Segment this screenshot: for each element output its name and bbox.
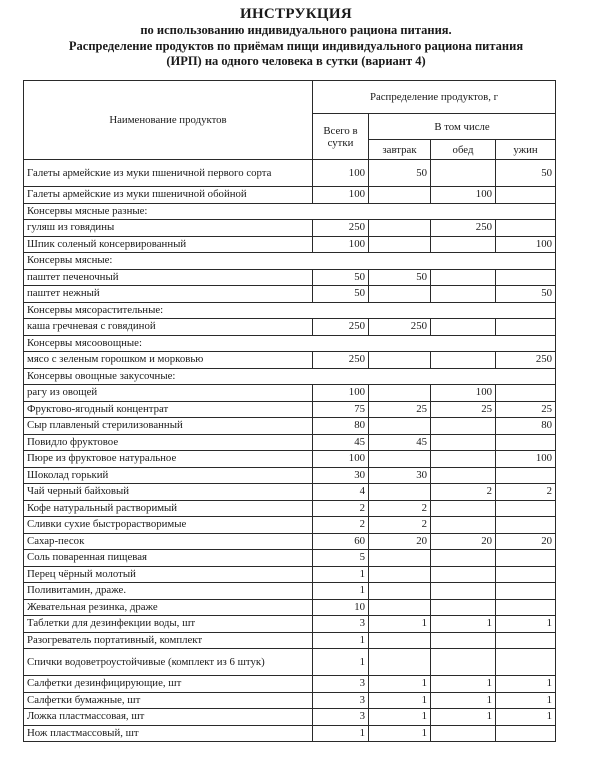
breakfast-cell — [369, 550, 431, 567]
lunch-cell: 20 — [431, 533, 496, 550]
breakfast-cell: 1 — [369, 616, 431, 633]
table-row: Соль поваренная пищевая5 — [24, 550, 556, 567]
lunch-cell — [431, 160, 496, 187]
lunch-cell — [431, 269, 496, 286]
product-name-cell: Перец чёрный молотый — [24, 566, 313, 583]
product-name-cell: Разогреватель портативный, комплект — [24, 632, 313, 649]
dinner-cell — [496, 550, 556, 567]
section-label: Консервы мясоовощные: — [24, 335, 556, 352]
breakfast-cell — [369, 599, 431, 616]
total-cell: 50 — [313, 286, 369, 303]
product-name-cell: Пюре из фруктовое натуральное — [24, 451, 313, 468]
table-row: мясо с зеленым горошком и морковью250250 — [24, 352, 556, 369]
product-name-cell: Сливки сухие быстрорастворимые — [24, 517, 313, 534]
breakfast-cell: 25 — [369, 401, 431, 418]
total-cell: 100 — [313, 385, 369, 402]
lunch-cell — [431, 725, 496, 742]
dinner-cell — [496, 220, 556, 237]
table-row: Галеты армейские из муки пшеничной обойн… — [24, 187, 556, 204]
dinner-cell: 50 — [496, 160, 556, 187]
document-subtitle-3: (ИРП) на одного человека в сутки (вариан… — [0, 54, 592, 70]
section-label: Консервы овощные закусочные: — [24, 368, 556, 385]
total-cell: 3 — [313, 616, 369, 633]
ration-distribution-table: Наименование продуктов Распределение про… — [23, 80, 556, 742]
product-name-cell: Жевательная резинка, драже — [24, 599, 313, 616]
lunch-cell: 1 — [431, 692, 496, 709]
total-cell: 3 — [313, 692, 369, 709]
product-name-cell: Салфетки дезинфицирующие, шт — [24, 676, 313, 693]
breakfast-cell — [369, 451, 431, 468]
product-name-cell: Поливитамин, драже. — [24, 583, 313, 600]
lunch-cell — [431, 451, 496, 468]
lunch-cell — [431, 599, 496, 616]
table-row: Шпик соленый консервированный100100 — [24, 236, 556, 253]
breakfast-cell: 1 — [369, 725, 431, 742]
table-row: Сливки сухие быстрорастворимые22 — [24, 517, 556, 534]
product-name-cell: мясо с зеленым горошком и морковью — [24, 352, 313, 369]
breakfast-cell — [369, 418, 431, 435]
product-name-cell: Нож пластмассовый, шт — [24, 725, 313, 742]
product-name-cell: Кофе натуральный растворимый — [24, 500, 313, 517]
table-section-row: Консервы овощные закусочные: — [24, 368, 556, 385]
breakfast-cell: 50 — [369, 160, 431, 187]
product-name-cell: Таблетки для дезинфекции воды, шт — [24, 616, 313, 633]
breakfast-cell — [369, 566, 431, 583]
breakfast-cell — [369, 286, 431, 303]
lunch-cell: 100 — [431, 385, 496, 402]
lunch-cell — [431, 352, 496, 369]
table-row: Кофе натуральный растворимый22 — [24, 500, 556, 517]
breakfast-cell: 20 — [369, 533, 431, 550]
total-cell: 1 — [313, 583, 369, 600]
total-cell: 100 — [313, 160, 369, 187]
total-cell: 250 — [313, 352, 369, 369]
product-name-cell: каша гречневая с говядиной — [24, 319, 313, 336]
breakfast-cell: 250 — [369, 319, 431, 336]
table-row: Повидло фруктовое4545 — [24, 434, 556, 451]
lunch-cell — [431, 517, 496, 534]
document-title: ИНСТРУКЦИЯ — [0, 6, 592, 23]
table-row: Перец чёрный молотый1 — [24, 566, 556, 583]
lunch-cell — [431, 319, 496, 336]
total-cell: 1 — [313, 566, 369, 583]
product-name-cell: Шоколад горький — [24, 467, 313, 484]
table-section-row: Консервы мясные разные: — [24, 203, 556, 220]
document-subtitle-1: по использованию индивидуального рациона… — [0, 23, 592, 39]
breakfast-cell — [369, 236, 431, 253]
header-breakfast: завтрак — [369, 140, 431, 160]
lunch-cell — [431, 418, 496, 435]
breakfast-cell: 30 — [369, 467, 431, 484]
breakfast-cell: 45 — [369, 434, 431, 451]
table-row: Шоколад горький3030 — [24, 467, 556, 484]
total-cell: 2 — [313, 500, 369, 517]
breakfast-cell — [369, 352, 431, 369]
total-cell: 30 — [313, 467, 369, 484]
product-name-cell: Шпик соленый консервированный — [24, 236, 313, 253]
header-product-name: Наименование продуктов — [24, 81, 313, 160]
table-row: паштет печеночный5050 — [24, 269, 556, 286]
table-row: Таблетки для дезинфекции воды, шт3111 — [24, 616, 556, 633]
dinner-cell — [496, 517, 556, 534]
lunch-cell — [431, 236, 496, 253]
section-label: Консервы мясные: — [24, 253, 556, 270]
table-row: Сыр плавленый стерилизованный8080 — [24, 418, 556, 435]
section-label: Консервы мясные разные: — [24, 203, 556, 220]
product-name-cell: гуляш из говядины — [24, 220, 313, 237]
total-cell: 100 — [313, 187, 369, 204]
total-cell: 50 — [313, 269, 369, 286]
table-row: Сахар-песок60202020 — [24, 533, 556, 550]
lunch-cell — [431, 467, 496, 484]
lunch-cell — [431, 566, 496, 583]
table-row: Пюре из фруктовое натуральное100100 — [24, 451, 556, 468]
total-cell: 4 — [313, 484, 369, 501]
total-cell: 2 — [313, 517, 369, 534]
dinner-cell: 1 — [496, 616, 556, 633]
breakfast-cell: 1 — [369, 676, 431, 693]
dinner-cell — [496, 500, 556, 517]
breakfast-cell — [369, 220, 431, 237]
dinner-cell — [496, 187, 556, 204]
breakfast-cell — [369, 187, 431, 204]
breakfast-cell — [369, 583, 431, 600]
dinner-cell: 2 — [496, 484, 556, 501]
header-lunch: обед — [431, 140, 496, 160]
product-name-cell: паштет нежный — [24, 286, 313, 303]
total-cell: 3 — [313, 709, 369, 726]
dinner-cell: 1 — [496, 709, 556, 726]
product-name-cell: Ложка пластмассовая, шт — [24, 709, 313, 726]
breakfast-cell — [369, 385, 431, 402]
table-row: Галеты армейские из муки пшеничной перво… — [24, 160, 556, 187]
dinner-cell: 50 — [496, 286, 556, 303]
table-row: Салфетки бумажные, шт3111 — [24, 692, 556, 709]
breakfast-cell — [369, 632, 431, 649]
table-row: Спички водоветроустойчивые (комплект из … — [24, 649, 556, 676]
product-name-cell: Фруктово-ягодный концентрат — [24, 401, 313, 418]
dinner-cell — [496, 467, 556, 484]
table-row: Разогреватель портативный, комплект1 — [24, 632, 556, 649]
dinner-cell — [496, 566, 556, 583]
total-cell: 75 — [313, 401, 369, 418]
total-cell: 100 — [313, 451, 369, 468]
product-name-cell: Галеты армейские из муки пшеничной перво… — [24, 160, 313, 187]
lunch-cell: 1 — [431, 616, 496, 633]
document-header: ИНСТРУКЦИЯ по использованию индивидуальн… — [0, 6, 592, 70]
table-row: Ложка пластмассовая, шт3111 — [24, 709, 556, 726]
product-name-cell: Сыр плавленый стерилизованный — [24, 418, 313, 435]
lunch-cell: 1 — [431, 676, 496, 693]
product-name-cell: Соль поваренная пищевая — [24, 550, 313, 567]
table-section-row: Консервы мясные: — [24, 253, 556, 270]
lunch-cell — [431, 632, 496, 649]
total-cell: 1 — [313, 649, 369, 676]
table-row: паштет нежный5050 — [24, 286, 556, 303]
dinner-cell: 100 — [496, 236, 556, 253]
total-cell: 250 — [313, 220, 369, 237]
table-body: Галеты армейские из муки пшеничной перво… — [24, 160, 556, 742]
total-cell: 10 — [313, 599, 369, 616]
total-cell: 3 — [313, 676, 369, 693]
lunch-cell: 100 — [431, 187, 496, 204]
lunch-cell — [431, 500, 496, 517]
breakfast-cell: 2 — [369, 500, 431, 517]
breakfast-cell — [369, 649, 431, 676]
table-row: гуляш из говядины250250 — [24, 220, 556, 237]
dinner-cell — [496, 269, 556, 286]
lunch-cell — [431, 286, 496, 303]
total-cell: 100 — [313, 236, 369, 253]
product-name-cell: паштет печеночный — [24, 269, 313, 286]
total-cell: 1 — [313, 632, 369, 649]
breakfast-cell: 1 — [369, 692, 431, 709]
total-cell: 5 — [313, 550, 369, 567]
header-dinner: ужин — [496, 140, 556, 160]
dinner-cell — [496, 725, 556, 742]
dinner-cell: 20 — [496, 533, 556, 550]
dinner-cell: 100 — [496, 451, 556, 468]
table-row: каша гречневая с говядиной250250 — [24, 319, 556, 336]
table-row: Чай черный байховый422 — [24, 484, 556, 501]
header-including: В том числе — [369, 114, 556, 140]
header-distribution: Распределение продуктов, г — [313, 81, 556, 114]
section-label: Консервы мясорастительные: — [24, 302, 556, 319]
dinner-cell — [496, 385, 556, 402]
lunch-cell: 250 — [431, 220, 496, 237]
lunch-cell — [431, 550, 496, 567]
table-section-row: Консервы мясоовощные: — [24, 335, 556, 352]
lunch-cell — [431, 434, 496, 451]
dinner-cell: 1 — [496, 692, 556, 709]
breakfast-cell: 1 — [369, 709, 431, 726]
table-row: Фруктово-ягодный концентрат75252525 — [24, 401, 556, 418]
breakfast-cell — [369, 484, 431, 501]
product-name-cell: Сахар-песок — [24, 533, 313, 550]
dinner-cell — [496, 599, 556, 616]
table-section-row: Консервы мясорастительные: — [24, 302, 556, 319]
product-name-cell: Повидло фруктовое — [24, 434, 313, 451]
total-cell: 45 — [313, 434, 369, 451]
lunch-cell: 1 — [431, 709, 496, 726]
dinner-cell — [496, 649, 556, 676]
product-name-cell: Салфетки бумажные, шт — [24, 692, 313, 709]
dinner-cell — [496, 434, 556, 451]
table-row: Нож пластмассовый, шт11 — [24, 725, 556, 742]
dinner-cell: 80 — [496, 418, 556, 435]
dinner-cell: 1 — [496, 676, 556, 693]
lunch-cell — [431, 583, 496, 600]
document-subtitle-2: Распределение продуктов по приёмам пищи … — [0, 39, 592, 55]
dinner-cell — [496, 583, 556, 600]
product-name-cell: Чай черный байховый — [24, 484, 313, 501]
breakfast-cell: 50 — [369, 269, 431, 286]
product-name-cell: Спички водоветроустойчивые (комплект из … — [24, 649, 313, 676]
lunch-cell — [431, 649, 496, 676]
dinner-cell — [496, 632, 556, 649]
breakfast-cell: 2 — [369, 517, 431, 534]
total-cell: 60 — [313, 533, 369, 550]
lunch-cell: 25 — [431, 401, 496, 418]
header-total-per-day: Всего в сутки — [313, 114, 369, 160]
product-name-cell: рагу из овощей — [24, 385, 313, 402]
dinner-cell: 25 — [496, 401, 556, 418]
total-cell: 80 — [313, 418, 369, 435]
total-cell: 1 — [313, 725, 369, 742]
table-row: рагу из овощей100100 — [24, 385, 556, 402]
total-cell: 250 — [313, 319, 369, 336]
dinner-cell — [496, 319, 556, 336]
header-total-label: Всего в сутки — [323, 125, 359, 149]
product-name-cell: Галеты армейские из муки пшеничной обойн… — [24, 187, 313, 204]
table-row: Салфетки дезинфицирующие, шт3111 — [24, 676, 556, 693]
table-row: Жевательная резинка, драже10 — [24, 599, 556, 616]
dinner-cell: 250 — [496, 352, 556, 369]
lunch-cell: 2 — [431, 484, 496, 501]
table-row: Поливитамин, драже.1 — [24, 583, 556, 600]
